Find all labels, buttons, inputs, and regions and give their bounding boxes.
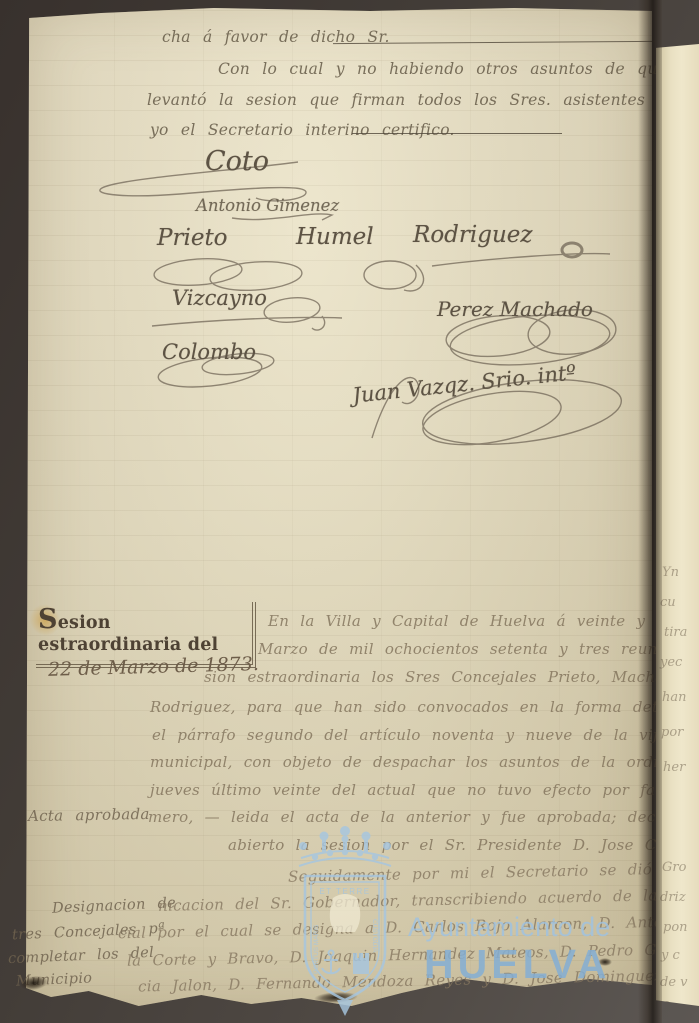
adjacent-page-fragment: cu: [660, 595, 676, 610]
signature-rodriguez: Rodriguez: [413, 222, 533, 248]
body-line: jueves último veinte del actual que no t…: [150, 781, 699, 799]
crest-motto-left: PORTUS MARIS: [313, 924, 320, 974]
anchor-icon: [322, 951, 340, 974]
signature-antonio-gimenez: Antonio Gimenez: [196, 196, 339, 215]
adjacent-page-fragment: por: [661, 725, 683, 740]
signature-vizcayno: Vizcayno: [172, 286, 267, 310]
signature-perez-machado: Perez Machado: [437, 297, 593, 321]
top-paragraph-line: levantó la sesion que firman todos los S…: [147, 91, 699, 109]
adjacent-page-fragment: han: [662, 690, 687, 705]
flourish-humel: [364, 261, 416, 289]
huelva-crest-watermark: ET TERRE PORTUS MARIS CUSTODIA: [291, 824, 399, 1018]
adjacent-page-fragment: Yn: [662, 565, 679, 580]
watermark-org-city: HUELVA: [424, 941, 610, 988]
tower-icon: [353, 953, 369, 974]
top-paragraph-line: Con lo cual y no habiendo otros asuntos …: [218, 60, 699, 78]
adjacent-page-fragment: yec: [660, 655, 682, 670]
crown-icon: [299, 826, 391, 852]
top-paragraph-line: yo el Secretario interino certifico.: [150, 121, 455, 139]
adjacent-page-fragment: her: [663, 760, 685, 775]
signature-prieto: Prieto: [157, 225, 228, 251]
body-line: el párrafo segundo del artículo noventa …: [152, 726, 699, 744]
adjacent-page-fragment: Gro: [662, 860, 686, 875]
adjacent-page-fragment: tira: [664, 625, 687, 640]
signature-humel: Humel: [296, 224, 374, 250]
watermark-org-name: Ayuntamiento de: [408, 912, 610, 943]
body-line: Marzo de mil ochocientos setenta y tres …: [258, 640, 699, 658]
signature-colombo: Colombo: [162, 340, 256, 364]
flourish-rodriguez: [432, 254, 610, 266]
body-line: municipal, con objeto de despachar los a…: [150, 753, 699, 771]
flourish-vizcayno: [263, 295, 321, 325]
body-line: Rodriguez, para que han sido convocados …: [150, 698, 699, 716]
adjacent-page-fragment: driz: [660, 890, 686, 905]
crest-motto-right: CUSTODIA: [371, 919, 378, 953]
body-line: mero, — leida el acta de la anterior y f…: [148, 808, 699, 826]
flourish-vizcayno: [152, 316, 342, 330]
flourish-rodriguez: [562, 243, 582, 257]
column-emblem: [330, 894, 360, 932]
signature-coto: Coto: [205, 146, 269, 177]
session-header-box: Sesion estraordinaria del 22 de Marzo de…: [36, 602, 256, 668]
adjacent-page-fragment: fau: [662, 1000, 683, 1015]
session-title: Sesion estraordinaria del: [38, 604, 252, 655]
book-gutter-shadow: [638, 0, 662, 1023]
margin-note-acta-aprobada: Acta aprobada: [28, 805, 150, 825]
adjacent-page-fragment: y c: [661, 948, 680, 963]
flourish-prieto: [153, 256, 243, 288]
adjacent-page-sliver: Yn cu tira yec han por her Gro driz pon …: [656, 44, 699, 1006]
ink-rule: [352, 133, 562, 134]
body-line: sion estraordinaria los Sres Concejales …: [204, 668, 699, 686]
shield-tail: [337, 1000, 353, 1016]
archive-photo: cha á favor de dicho Sr. Con lo cual y n…: [0, 0, 699, 1023]
adjacent-page-fragment: pon: [663, 920, 688, 935]
body-line: En la Villa y Capital de Huelva á veinte…: [268, 612, 699, 630]
adjacent-page-fragment: de v: [660, 975, 688, 990]
